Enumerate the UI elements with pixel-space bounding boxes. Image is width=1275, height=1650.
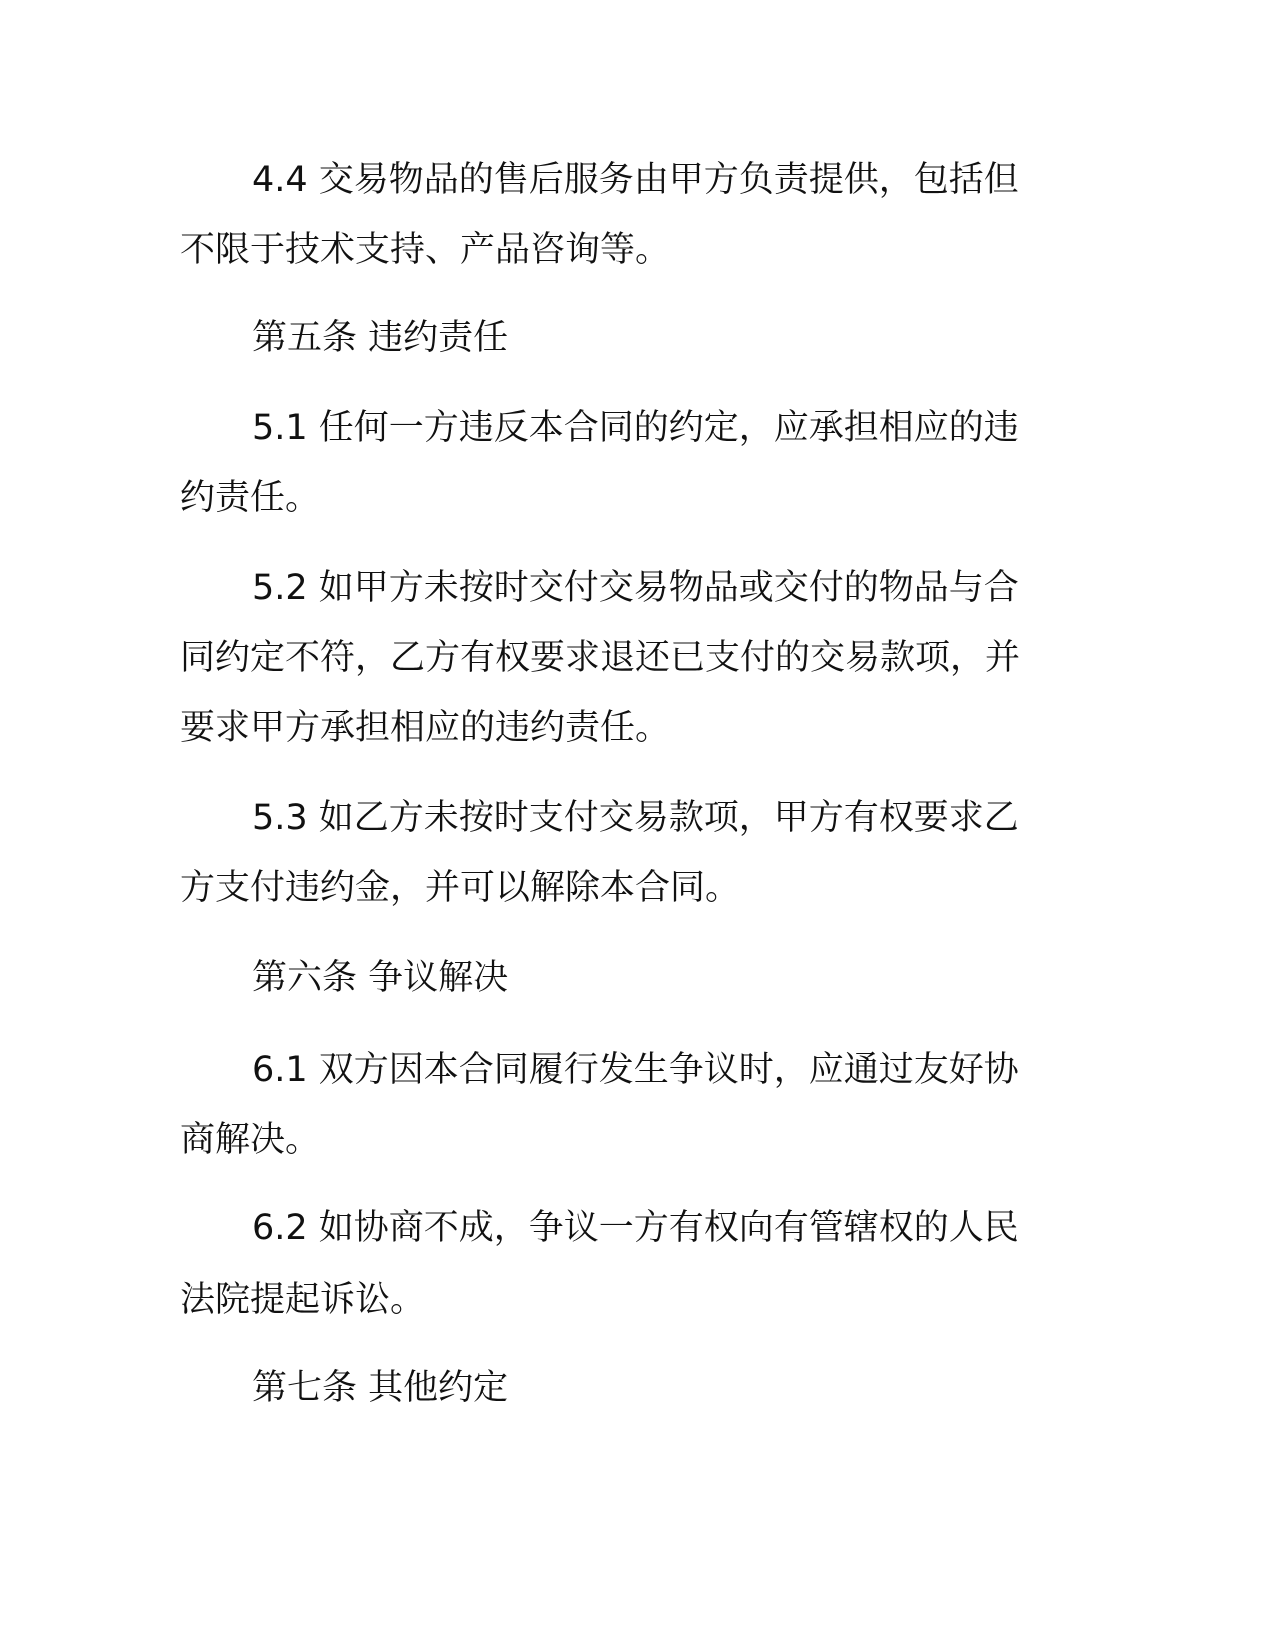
clause-5-2-line-2: 同约定不符，乙方有权要求退还已支付的交易款项，并 bbox=[180, 636, 1020, 680]
document-page: 4.4 交易物品的售后服务由甲方负责提供，包括但 不限于技术支持、产品咨询等。 … bbox=[0, 0, 1275, 1650]
clause-5-1-line-2: 约责任。 bbox=[180, 476, 320, 520]
article-6-heading: 第六条 争议解决 bbox=[252, 956, 508, 1000]
clause-5-2-line-3: 要求甲方承担相应的违约责任。 bbox=[180, 706, 670, 750]
clause-6-2-line-1: 6.2 如协商不成，争议一方有权向有管辖权的人民 bbox=[252, 1206, 1019, 1250]
clause-4-4-line-1: 4.4 交易物品的售后服务由甲方负责提供，包括但 bbox=[252, 158, 1019, 202]
clause-6-1-line-2: 商解决。 bbox=[180, 1118, 320, 1162]
clause-5-1-line-1: 5.1 任何一方违反本合同的约定，应承担相应的违 bbox=[252, 406, 1019, 450]
clause-5-3-line-2: 方支付违约金，并可以解除本合同。 bbox=[180, 866, 740, 910]
clause-5-2-line-1: 5.2 如甲方未按时交付交易物品或交付的物品与合 bbox=[252, 566, 1019, 610]
article-5-heading: 第五条 违约责任 bbox=[252, 316, 508, 360]
clause-6-1-line-1: 6.1 双方因本合同履行发生争议时，应通过友好协 bbox=[252, 1048, 1019, 1092]
clause-6-2-line-2: 法院提起诉讼。 bbox=[180, 1278, 425, 1322]
clause-5-3-line-1: 5.3 如乙方未按时支付交易款项，甲方有权要求乙 bbox=[252, 796, 1019, 840]
article-7-heading: 第七条 其他约定 bbox=[252, 1366, 508, 1410]
clause-4-4-line-2: 不限于技术支持、产品咨询等。 bbox=[180, 228, 670, 272]
